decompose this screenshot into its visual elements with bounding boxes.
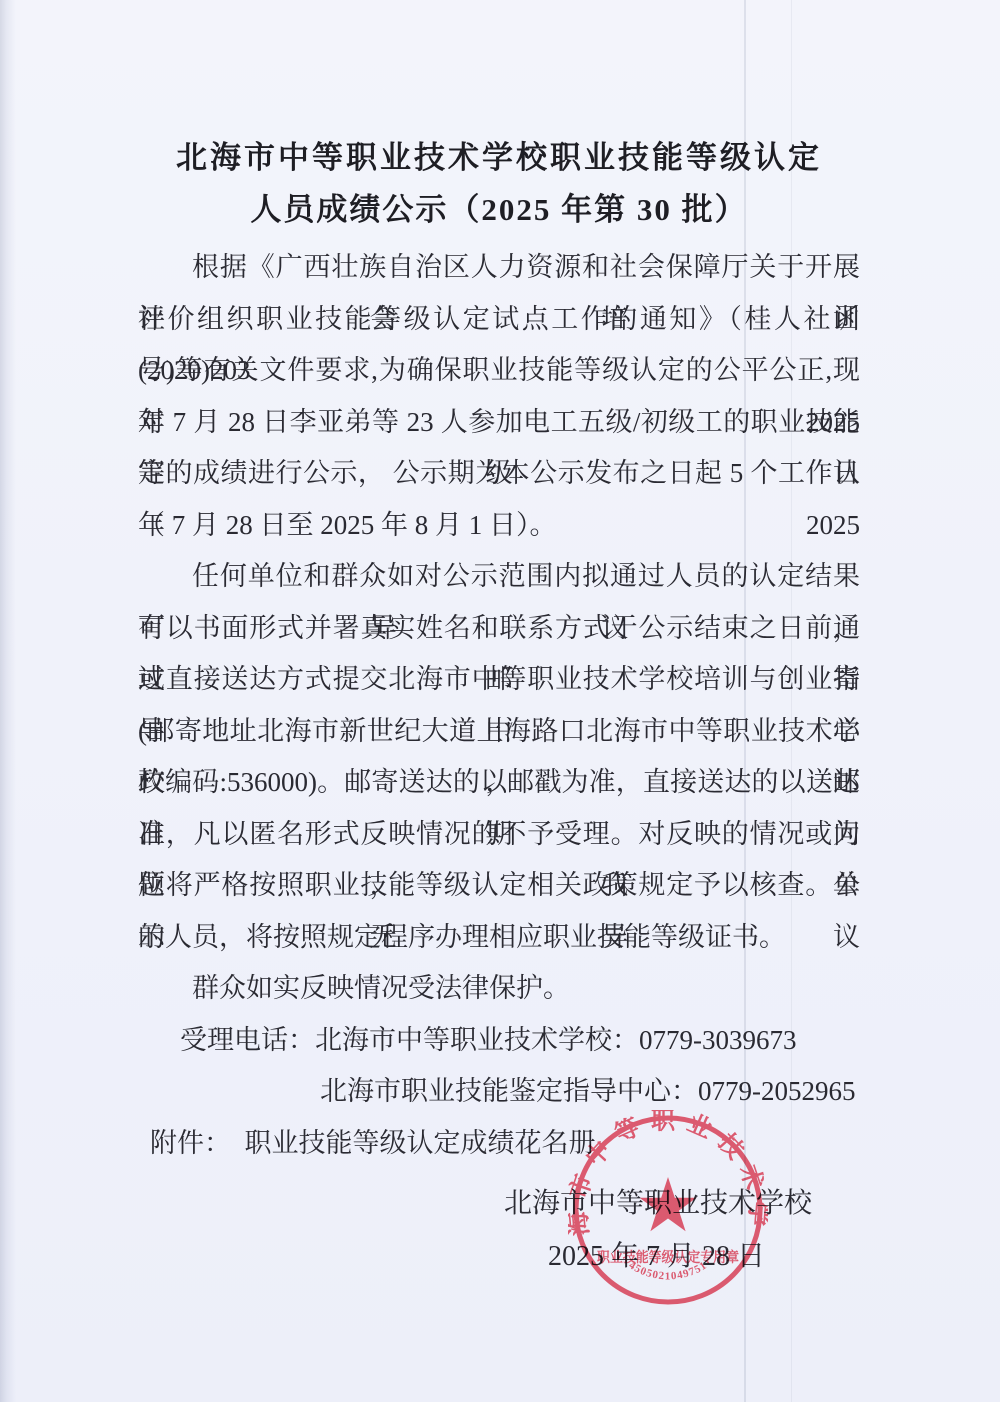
document-body: 根据《广西壮族自治区人力资源和社会保障厅关于开展社会培训 评价组织职业技能等级认… — [138, 242, 860, 1169]
body-line: 评价组织职业技能等级认定试点工作的通知》（桂人社函(2020)203 — [138, 294, 860, 346]
official-stamp: 北海市中等职业技术学校 职业技能等级认定专用章 4505021049751 — [568, 1110, 768, 1310]
body-line: 位将严格按照职业技能等级认定相关政策规定予以核查。公示无异议 — [138, 860, 860, 912]
body-line: 政编码:536000)。邮寄送达的以邮戳为准，直接送达的以送达日期为 — [138, 757, 860, 809]
body-line: 任何单位和群众如对公示范围内拟通过人员的认定结果有异议， — [138, 551, 860, 603]
body-line: 准，凡以匿名形式反映情况的不予受理。对反映的情况或问题，我单 — [138, 809, 860, 861]
body-line: 根据《广西壮族自治区人力资源和社会保障厅关于开展社会培训 — [138, 242, 860, 294]
contact-phone-school: 受理电话：北海市中等职业技术学校：0779-3039673 — [138, 1015, 860, 1067]
body-line: 的人员，将按照规定程序办理相应职业技能等级证书。 — [138, 912, 860, 964]
body-line: 或直接送达方式提交北海市中等职业技术学校培训与创业指导中心 — [138, 654, 860, 706]
stamp-star-icon — [640, 1177, 697, 1231]
body-line: 号)等有关文件要求,为确保职业技能等级认定的公平公正,现对 2025 — [138, 345, 860, 397]
body-line: 定的成绩进行公示， 公示期为本公示发布之日起 5 个工作日（2025 — [138, 448, 860, 500]
document-title-line2: 人员成绩公示（2025 年第 30 批） — [138, 190, 860, 230]
document-title-line1: 北海市中等职业技术学校职业技能等级认定 — [138, 138, 860, 178]
body-line: 可以书面形式并署真实姓名和联系方式于公示结束之日前通过邮寄 — [138, 603, 860, 655]
scan-edge-shadow — [0, 0, 16, 1402]
scanned-document-page: 北海市中等职业技术学校职业技能等级认定 人员成绩公示（2025 年第 30 批）… — [0, 0, 1000, 1402]
body-line: (邮寄地址北海市新世纪大道上海路口北海市中等职业技术学校，邮 — [138, 706, 860, 758]
stamp-inner-label: 职业技能等级认定专用章 — [597, 1249, 739, 1266]
body-line-legal-protection: 群众如实反映情况受法律保护。 — [138, 963, 860, 1015]
body-line: 年 7 月 28 日李亚弟等 23 人参加电工五级/初级工的职业技能等级认 — [138, 397, 860, 449]
